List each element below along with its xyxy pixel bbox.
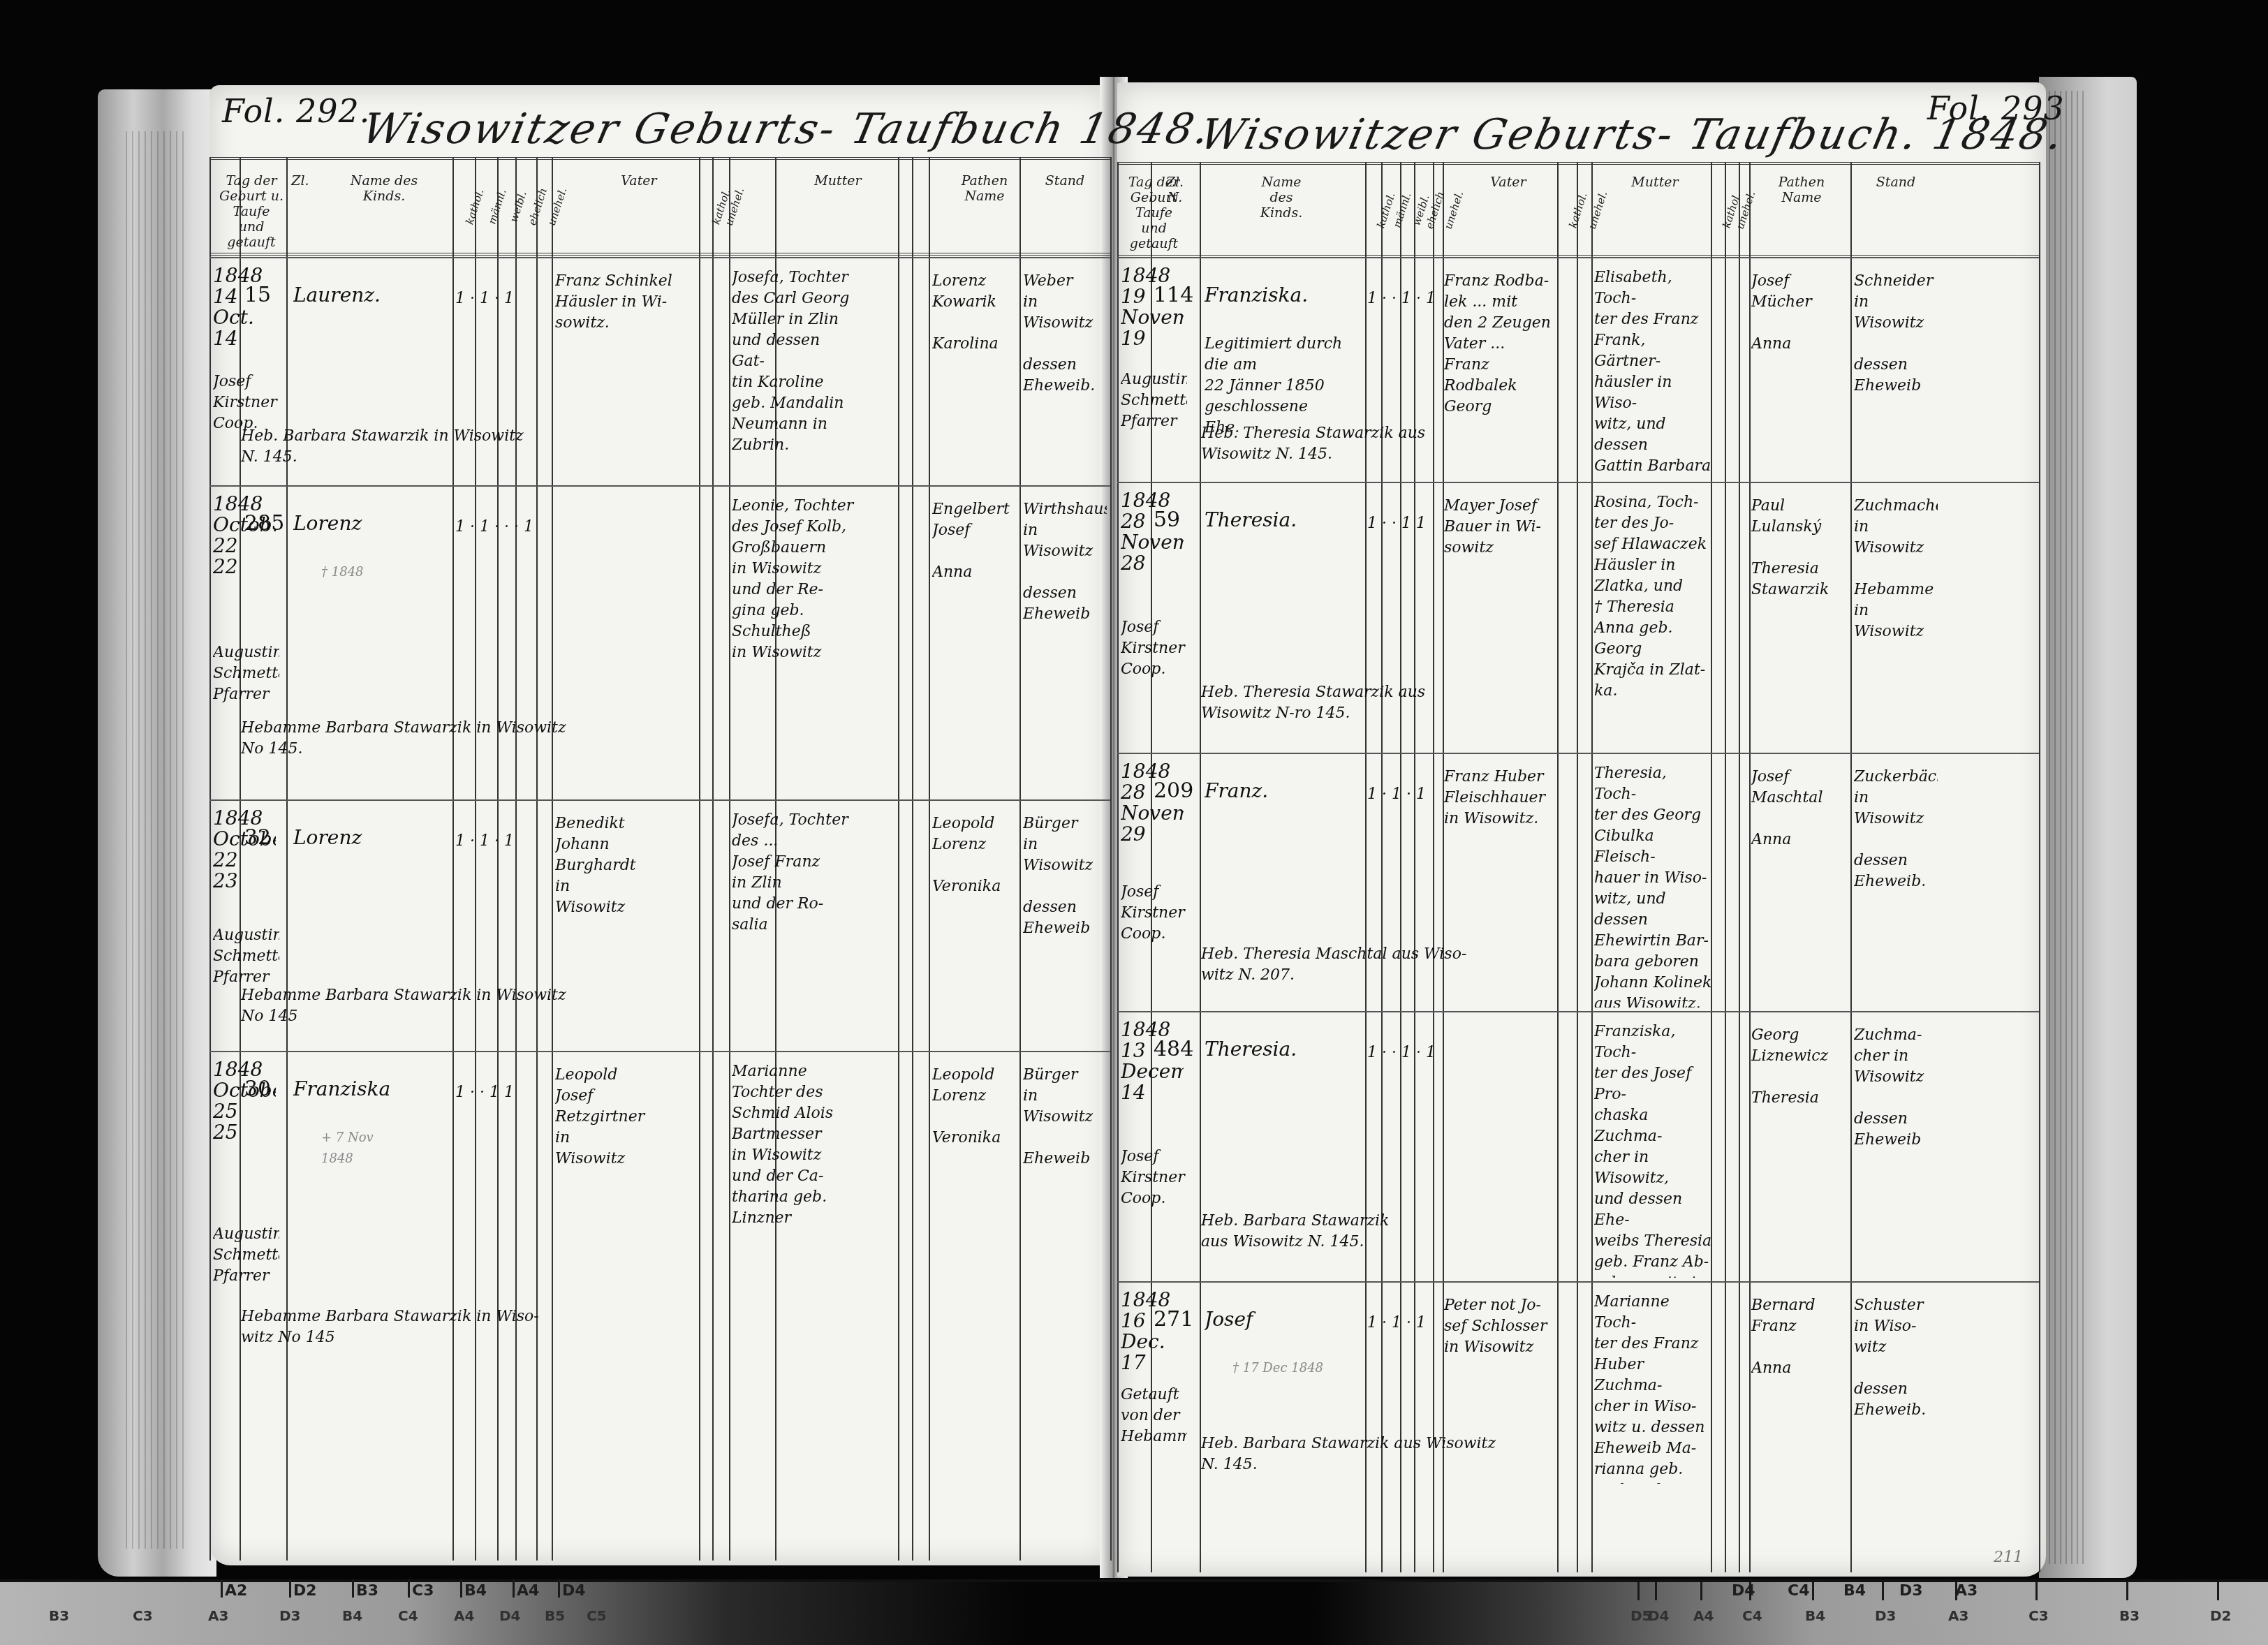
entry-father: Franz Rodba- lek ... mit den 2 Zeugen Va… xyxy=(1444,271,1563,417)
ruler-label: C3 xyxy=(2028,1607,2049,1624)
entry-separator xyxy=(1117,1011,2039,1012)
column-header: Zl. xyxy=(286,173,314,189)
column-header: Name des Kinds. xyxy=(321,173,447,204)
left-page-title: Wisowitzer Geburts- Taufbuch 1848. xyxy=(358,105,1216,154)
entry-tally-marks: 1 · · 1 1 xyxy=(455,1082,553,1103)
entry-baptised-by: Augustin Schmettak Pfarrer xyxy=(213,642,279,784)
column-rule xyxy=(497,157,499,1561)
ruler-label: D4 xyxy=(499,1607,521,1624)
column-rule xyxy=(1433,162,1434,1572)
entry-godparent-name: Josef Mücher Anna xyxy=(1751,271,1849,475)
entry-child-name: Lorenz xyxy=(293,827,447,848)
column-rule xyxy=(1577,162,1578,1572)
entry-child-name: Theresia. xyxy=(1205,510,1358,531)
ruler-label: D4 xyxy=(562,1582,586,1600)
entry-child-name: Lorenz xyxy=(293,513,447,534)
ruler-label: B4 xyxy=(1843,1582,1866,1600)
ruler-tick xyxy=(2035,1582,2038,1600)
entry-date: 1848 14 Oct. 14 xyxy=(213,265,276,368)
column-rule xyxy=(515,157,517,1561)
book-page-edges-right xyxy=(2039,77,2137,1578)
entry-pencil-note: † 17 Dec 1848 xyxy=(1232,1358,1358,1379)
entry-midwife: Hebamme Barbara Stawarzik in Wisowitz No… xyxy=(241,718,730,760)
column-header: Vater xyxy=(1466,175,1550,190)
entry-mother: Marianne Tochter des Schmid Alois Bartme… xyxy=(732,1061,857,1393)
entry-number: 114 xyxy=(1154,285,1195,306)
entry-date: 1848 28 November 29 xyxy=(1121,761,1184,878)
entry-tally-marks: 1 · 1 · 1 xyxy=(455,831,553,852)
entry-godparent-name: Georg Liznewicz Theresia xyxy=(1751,1025,1849,1274)
ruler-label: D3 xyxy=(1875,1607,1897,1624)
entry-godparent-status: Bürger in Wisowitz dessen Eheweib xyxy=(1023,813,1107,1044)
ruler-label: C4 xyxy=(398,1607,418,1624)
ruler-tick xyxy=(221,1579,223,1598)
left-header-bottom-rule xyxy=(209,253,1110,256)
ruler-label: A3 xyxy=(1948,1607,1968,1624)
column-rule xyxy=(1365,162,1367,1572)
entry-father: Benedikt Johann Burghardt in Wisowitz xyxy=(555,813,695,977)
ruler-label: A3 xyxy=(1955,1582,1978,1600)
ruler-label: B5 xyxy=(545,1607,565,1624)
ruler-tick xyxy=(1700,1582,1702,1600)
entry-midwife: Heb. Barbara Stawarzik aus Wisowitz N. 1… xyxy=(1201,1211,1690,1253)
column-rule xyxy=(475,157,476,1561)
entry-separator xyxy=(209,485,1110,487)
ruler-label: A4 xyxy=(1693,1607,1714,1624)
ruler-tick xyxy=(1882,1582,1884,1600)
ruler-label: D3 xyxy=(279,1607,301,1624)
left-header-top-rule xyxy=(209,157,1110,160)
ruler-tick xyxy=(2217,1582,2219,1600)
ruler-tick xyxy=(1955,1582,1957,1600)
entry-godparent-name: Lorenz Kowarik Karolina xyxy=(932,271,1019,478)
entry-number: 209 xyxy=(1154,781,1195,802)
entry-godparent-name: Engelbert Josef Anna xyxy=(932,499,1019,792)
measurement-ruler xyxy=(0,1579,2268,1645)
column-header: Tag der Geburt u. Taufe und getauft xyxy=(213,173,290,250)
entry-number: 30 xyxy=(244,1079,286,1100)
column-header: Pathen Name xyxy=(1760,175,1843,205)
column-header: Zl. N. xyxy=(1156,175,1194,205)
ruler-label: A4 xyxy=(517,1582,539,1600)
entry-date: 1848 13 December 14 xyxy=(1121,1019,1184,1141)
ruler-label: B4 xyxy=(464,1582,487,1600)
column-header: Stand xyxy=(1857,175,1934,190)
entry-godparent-status: Weber in Wisowitz dessen Eheweib. xyxy=(1023,271,1107,478)
ruler-label: C5 xyxy=(587,1607,607,1624)
entry-baptised-by: Josef Kirstner Coop. xyxy=(1121,617,1187,739)
ruler-tick xyxy=(460,1579,462,1598)
entry-tally-marks: 1 · 1 · · · 1 xyxy=(455,517,553,538)
entry-midwife: Heb. Theresia Stawarzik aus Wisowitz N. … xyxy=(1201,423,1690,465)
ruler-tick xyxy=(1637,1582,1640,1600)
column-header: Stand xyxy=(1026,173,1103,189)
column-rule xyxy=(1591,162,1593,1572)
entry-number: 484 xyxy=(1154,1039,1195,1060)
entry-godparent-status: Bürger in Wisowitz Eheweib xyxy=(1023,1065,1107,1389)
entry-godparent-status: Zuchma- cher in Wisowitz dessen Eheweib xyxy=(1854,1025,1938,1274)
column-rule xyxy=(452,157,454,1561)
entry-mother: Josefa, Tochter des ... Josef Franz in Z… xyxy=(732,810,857,1047)
entry-number: 32 xyxy=(244,827,286,848)
entry-godparent-status: Schuster in Wiso- witz dessen Eheweib. xyxy=(1854,1295,1938,1480)
left-folio-number: Fol. 292. xyxy=(222,92,370,130)
entry-pencil-note: † 1848 xyxy=(321,562,447,583)
column-rule xyxy=(552,157,553,1561)
column-rule xyxy=(1381,162,1383,1572)
entry-godparent-status: Zuckerbäcker in Wisowitz dessen Eheweib. xyxy=(1854,767,1938,1004)
entry-father: Mayer Josef Bauer in Wi- sowitz xyxy=(1444,496,1563,672)
entry-child-name: Laurenz. xyxy=(293,285,447,306)
column-header: Vater xyxy=(580,173,698,189)
ruler-tick xyxy=(408,1579,410,1598)
entry-midwife: Heb. Theresia Maschtal aus Wiso- witz N.… xyxy=(1201,944,1690,986)
entry-separator xyxy=(1117,753,2039,754)
column-rule xyxy=(1749,162,1751,1572)
entry-date: 1848 28 November 28 xyxy=(1121,490,1184,612)
entry-number: 285 xyxy=(244,513,286,534)
entry-midwife: Hebamme Barbara Stawarzik in Wisowitz No… xyxy=(241,985,730,1027)
entry-baptised-by: Getauft von der Hebamme xyxy=(1121,1385,1187,1477)
entry-child-name: Theresia. xyxy=(1205,1039,1358,1060)
column-rule xyxy=(1200,162,1201,1572)
column-rule xyxy=(712,157,714,1561)
entry-child-name: Franziska xyxy=(293,1079,447,1100)
entry-midwife: Heb. Barbara Stawarzik aus Wisowitz N. 1… xyxy=(1201,1433,1690,1475)
entry-number: 271 xyxy=(1154,1309,1195,1330)
entry-father: Franz Schinkel Häusler in Wi- sowitz. xyxy=(555,271,695,420)
ruler-label: B3 xyxy=(356,1582,378,1600)
entry-mother: Josefa, Tochter des Carl Georg Müller in… xyxy=(732,267,857,482)
ruler-label: D3 xyxy=(1899,1582,1923,1600)
entry-midwife: Heb. Theresia Stawarzik aus Wisowitz N-r… xyxy=(1201,682,1690,724)
entry-separator xyxy=(1117,1281,2039,1283)
entry-date: 1848 October 22 23 xyxy=(213,808,276,921)
ruler-label: A2 xyxy=(225,1582,247,1600)
entry-number: 15 xyxy=(244,285,286,306)
bottom-page-note: 211 xyxy=(1994,1549,2023,1566)
entry-child-name: Josef xyxy=(1205,1309,1358,1330)
entry-godparent-name: Leopold Lorenz Veronika xyxy=(932,1065,1019,1389)
entry-separator xyxy=(1117,482,2039,483)
entry-father: Peter not Jo- sef Schlosser in Wisowitz xyxy=(1444,1295,1563,1429)
entry-father: Leopold Josef Retzgirtner in Wisowitz xyxy=(555,1065,695,1290)
entry-godparent-name: Paul Lulanský Theresia Stawarzik xyxy=(1751,496,1849,746)
entry-baptised-by: Augustin Schmettak Pfarrer xyxy=(213,1224,279,1380)
ruler-label: B4 xyxy=(1805,1607,1825,1624)
column-header: Mutter xyxy=(782,173,894,189)
ruler-tick xyxy=(1812,1582,1814,1600)
entry-godparent-name: Bernard Franz Anna xyxy=(1751,1295,1849,1480)
column-rule xyxy=(912,157,913,1561)
column-header: Pathen Name xyxy=(950,173,1019,204)
ruler-top-edge xyxy=(0,1579,2268,1582)
column-rule xyxy=(536,157,538,1561)
ruler-label: D4 xyxy=(1648,1607,1670,1624)
column-rule xyxy=(898,157,899,1561)
entry-godparent-status: Wirthshaus in Wisowitz dessen Eheweib xyxy=(1023,499,1107,792)
ruler-label: A3 xyxy=(208,1607,228,1624)
ruler-tick xyxy=(513,1579,515,1598)
right-page-title: Wisowitzer Geburts- Taufbuch. 1848. xyxy=(1196,110,2070,159)
ruler-label: C3 xyxy=(133,1607,153,1624)
ruler-tick xyxy=(1655,1582,1657,1600)
entry-separator xyxy=(209,257,1110,258)
entry-separator xyxy=(209,799,1110,801)
ruler-tick xyxy=(289,1579,291,1598)
ruler-label: B3 xyxy=(49,1607,69,1624)
column-rule xyxy=(1414,162,1415,1572)
book-page-edges-left xyxy=(98,89,216,1577)
entry-midwife: Heb. Barbara Stawarzik in Wisowitz N. 14… xyxy=(241,426,730,468)
ruler-label: C3 xyxy=(412,1582,434,1600)
column-rule xyxy=(729,157,730,1561)
entry-midwife: Hebamme Barbara Stawarzik in Wiso- witz … xyxy=(241,1306,730,1348)
entry-baptised-by: Josef Kirstner Coop. xyxy=(1121,1146,1187,1268)
column-rule xyxy=(1400,162,1401,1572)
ruler-label: C4 xyxy=(1742,1607,1762,1624)
ruler-tick xyxy=(558,1579,560,1598)
entry-child-name: Franziska. xyxy=(1205,285,1358,306)
entry-date: 1848 16 Dec. 17 xyxy=(1121,1290,1184,1382)
column-header: Name des Kinds. xyxy=(1215,175,1348,221)
ruler-label: D2 xyxy=(293,1582,317,1600)
column-rule xyxy=(1110,157,1112,1561)
entry-separator xyxy=(209,1051,1110,1052)
entry-godparent-status: Zuchmacher in Wisowitz Hebamme in Wisowi… xyxy=(1854,496,1938,746)
column-rule xyxy=(929,157,930,1561)
ruler-label: B4 xyxy=(342,1607,362,1624)
column-rule xyxy=(1117,162,1119,1572)
entry-number: 59 xyxy=(1154,510,1195,531)
ruler-tick xyxy=(1749,1582,1751,1600)
ruler-label: B3 xyxy=(2119,1607,2140,1624)
column-rule xyxy=(2039,162,2040,1572)
ruler-tick xyxy=(2126,1582,2128,1600)
entry-godparent-name: Leopold Lorenz Veronika xyxy=(932,813,1019,1044)
ruler-tick xyxy=(352,1579,354,1598)
entry-pencil-note: + 7 Nov 1848 xyxy=(321,1128,447,1170)
entry-baptised-by: Josef Kirstner Coop. xyxy=(1121,882,1187,998)
column-rule xyxy=(1850,162,1852,1572)
column-rule xyxy=(209,157,211,1561)
ruler-label: D4 xyxy=(1732,1582,1755,1600)
entry-godparent-status: Schneider in Wisowitz dessen Eheweib xyxy=(1854,271,1938,475)
entry-baptised-by: Augustin Schmettak Pfarrer xyxy=(1121,369,1187,471)
ruler-label: D2 xyxy=(2210,1607,2232,1624)
column-rule xyxy=(1019,157,1021,1561)
column-rule xyxy=(699,157,700,1561)
ruler-label: A4 xyxy=(454,1607,474,1624)
entry-godparent-name: Josef Maschtal Anna xyxy=(1751,767,1849,1004)
entry-date: 1848 19 November 19 xyxy=(1121,265,1184,367)
entry-child-name: Franz. xyxy=(1205,781,1358,802)
entry-father: Franz Huber Fleischhauer in Wisowitz. xyxy=(1444,767,1563,935)
column-rule xyxy=(286,157,288,1561)
right-header-top-rule xyxy=(1117,162,2039,165)
ruler-label: C4 xyxy=(1788,1582,1809,1600)
column-header: Mutter xyxy=(1606,175,1704,190)
entry-father xyxy=(555,499,695,704)
entry-separator xyxy=(1117,257,2039,258)
entry-mother: Leonie, Tochter des Josef Kolb, Großbaue… xyxy=(732,496,857,796)
column-rule xyxy=(1725,162,1726,1572)
entry-father xyxy=(1444,1025,1563,1201)
entry-tally-marks: 1 · 1 · 1 xyxy=(455,288,553,309)
column-rule xyxy=(1739,162,1740,1572)
